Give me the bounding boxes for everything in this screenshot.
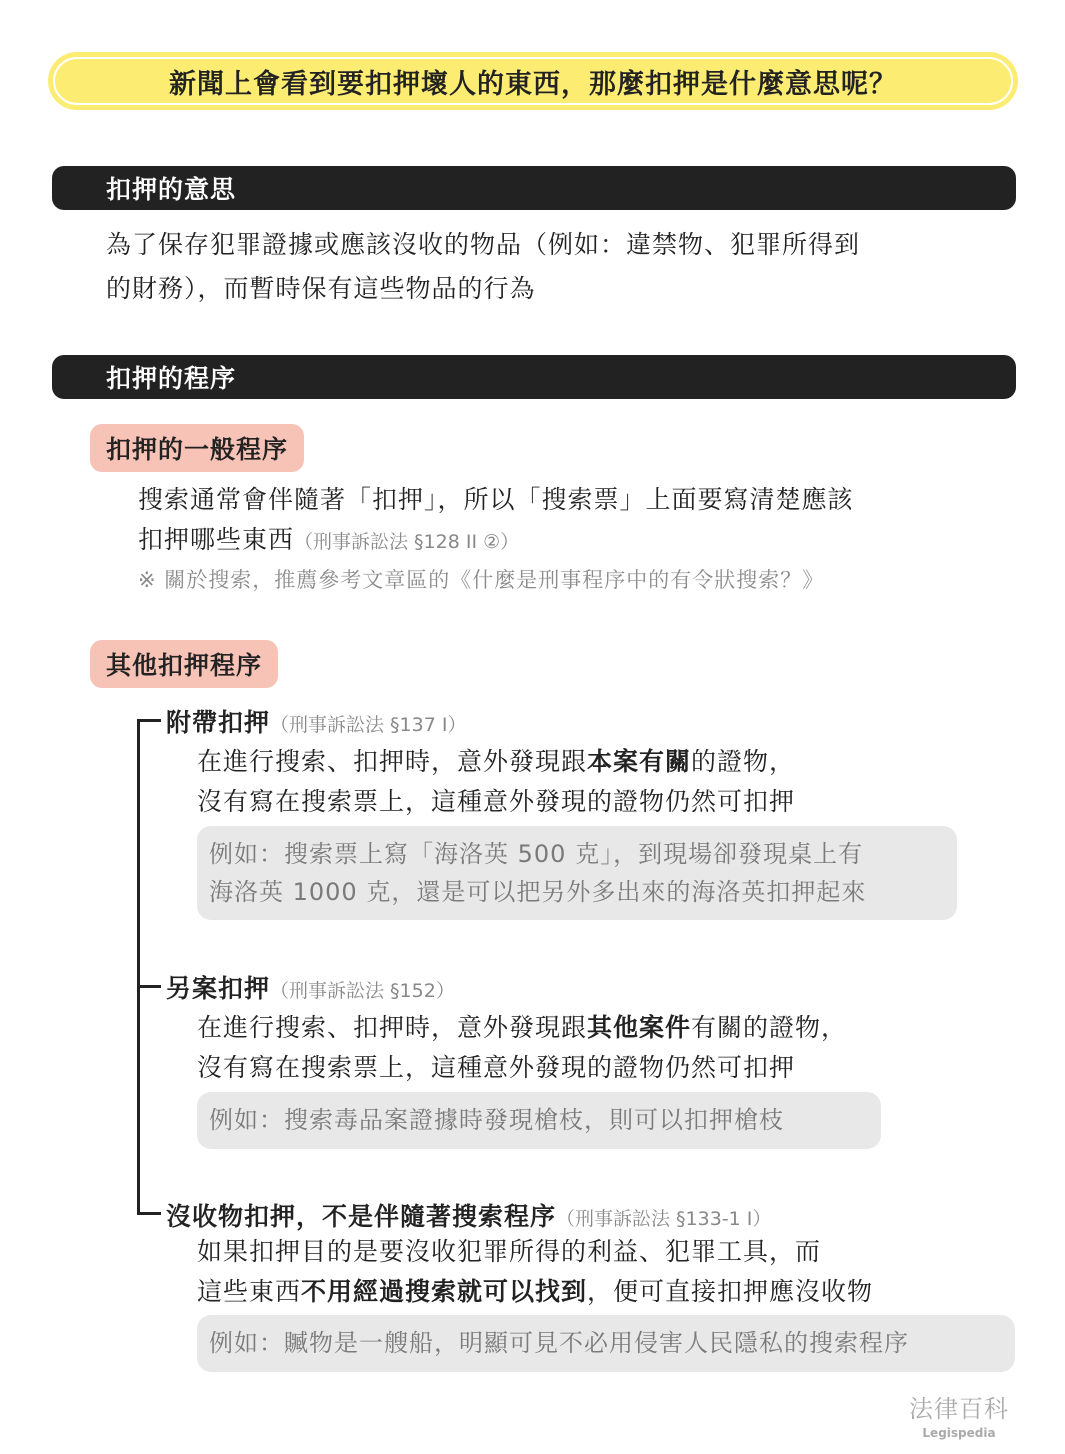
brand-name-en: Legispedia: [909, 1426, 1009, 1440]
example-box-incidental: 例如：搜索票上寫「海洛英 500 克」，到現場卻發現桌上有 海洛英 1000 克…: [197, 826, 957, 920]
subheading-general-procedure: 扣押的一般程序: [90, 424, 304, 472]
text: 這些東西: [197, 1277, 301, 1306]
text: 有關的證物，: [691, 1013, 847, 1042]
item-line-1: 在進行搜索、扣押時，意外發現跟本案有關的證物，: [197, 742, 795, 782]
emphasis-text: 不用經過搜索就可以找到: [301, 1277, 587, 1306]
item-confiscation-seizure-heading: 沒收物扣押，不是伴隨著搜索程序（刑事訴訟法 §133-1 I）: [166, 1197, 771, 1233]
brand-name-zh: 法律百科: [909, 1389, 1009, 1424]
general-line-2-text: 扣押哪些東西: [138, 525, 294, 554]
item-citation: （刑事訴訟法 §133-1 I）: [556, 1208, 771, 1230]
item-title: 附帶扣押: [166, 708, 270, 737]
general-procedure-text: 搜索通常會伴隨著「扣押」，所以「搜索票」上面要寫清楚應該 扣押哪些東西（刑事訴訟…: [138, 480, 854, 562]
title-banner: 新聞上會看到要扣押壞人的東西，那麼扣押是什麼意思呢？: [48, 52, 1018, 110]
subheading-other-procedures: 其他扣押程序: [90, 640, 278, 688]
page-title: 新聞上會看到要扣押壞人的東西，那麼扣押是什麼意思呢？: [169, 62, 897, 101]
emphasis-text: 本案有關: [587, 747, 691, 776]
tree-branch-1: [137, 719, 161, 722]
item-line-2: 沒有寫在搜索票上，這種意外發現的證物仍然可扣押: [197, 1048, 847, 1088]
item-citation: （刑事訴訟法 §137 I）: [270, 714, 466, 736]
brand-logo: 法律百科 Legispedia: [909, 1389, 1009, 1440]
example-line-1: 例如：搜索毒品案證據時發現槍枝，則可以扣押槍枝: [209, 1101, 869, 1139]
item-other-case-seizure-heading: 另案扣押（刑事訴訟法 §152）: [166, 969, 455, 1005]
example-line-1: 例如：搜索票上寫「海洛英 500 克」，到現場卻發現桌上有: [209, 835, 945, 873]
item-title: 另案扣押: [166, 974, 270, 1003]
tree-connector-line: [137, 719, 140, 1213]
item-line-1: 如果扣押目的是要沒收犯罪所得的利益、犯罪工具，而: [197, 1232, 873, 1272]
section-heading-meaning: 扣押的意思: [52, 166, 1016, 210]
text: ，便可直接扣押應沒收物: [587, 1277, 873, 1306]
item-other-case-seizure-body: 在進行搜索、扣押時，意外發現跟其他案件有關的證物， 沒有寫在搜索票上，這種意外發…: [197, 1008, 847, 1088]
example-line-2: 海洛英 1000 克，還是可以把另外多出來的海洛英扣押起來: [209, 873, 945, 911]
tree-branch-3: [137, 1212, 161, 1215]
item-title: 沒收物扣押，不是伴隨著搜索程序: [166, 1202, 556, 1231]
example-box-confiscation: 例如：贓物是一艘船，明顯可見不必用侵害人民隱私的搜索程序: [197, 1315, 1015, 1372]
meaning-line-1: 為了保存犯罪證據或應該沒收的物品（例如：違禁物、犯罪所得到: [106, 223, 860, 267]
tree-branch-2: [137, 985, 161, 988]
item-citation: （刑事訴訟法 §152）: [270, 980, 455, 1002]
emphasis-text: 其他案件: [587, 1013, 691, 1042]
section-heading-procedure: 扣押的程序: [52, 355, 1016, 399]
text: 的證物，: [691, 747, 795, 776]
example-box-other-case: 例如：搜索毒品案證據時發現槍枝，則可以扣押槍枝: [197, 1092, 881, 1149]
text: 在進行搜索、扣押時，意外發現跟: [197, 1013, 587, 1042]
item-incidental-seizure-heading: 附帶扣押（刑事訴訟法 §137 I）: [166, 703, 466, 739]
item-line-2: 這些東西不用經過搜索就可以找到，便可直接扣押應沒收物: [197, 1272, 873, 1312]
text: 在進行搜索、扣押時，意外發現跟: [197, 747, 587, 776]
meaning-paragraph: 為了保存犯罪證據或應該沒收的物品（例如：違禁物、犯罪所得到 的財務），而暫時保有…: [106, 223, 860, 311]
general-reference-note: ※ 關於搜索，推薦參考文章區的《什麼是刑事程序中的有令狀搜索？》: [138, 564, 824, 594]
meaning-line-2: 的財務），而暫時保有這些物品的行為: [106, 267, 860, 311]
general-citation: （刑事訴訟法 §128 II ②）: [294, 531, 519, 553]
item-incidental-seizure-body: 在進行搜索、扣押時，意外發現跟本案有關的證物， 沒有寫在搜索票上，這種意外發現的…: [197, 742, 795, 822]
item-line-2: 沒有寫在搜索票上，這種意外發現的證物仍然可扣押: [197, 782, 795, 822]
general-line-1: 搜索通常會伴隨著「扣押」，所以「搜索票」上面要寫清楚應該: [138, 480, 854, 520]
example-line-1: 例如：贓物是一艘船，明顯可見不必用侵害人民隱私的搜索程序: [209, 1324, 1003, 1362]
item-line-1: 在進行搜索、扣押時，意外發現跟其他案件有關的證物，: [197, 1008, 847, 1048]
general-line-2: 扣押哪些東西（刑事訴訟法 §128 II ②）: [138, 520, 854, 562]
item-confiscation-seizure-body: 如果扣押目的是要沒收犯罪所得的利益、犯罪工具，而 這些東西不用經過搜索就可以找到…: [197, 1232, 873, 1312]
